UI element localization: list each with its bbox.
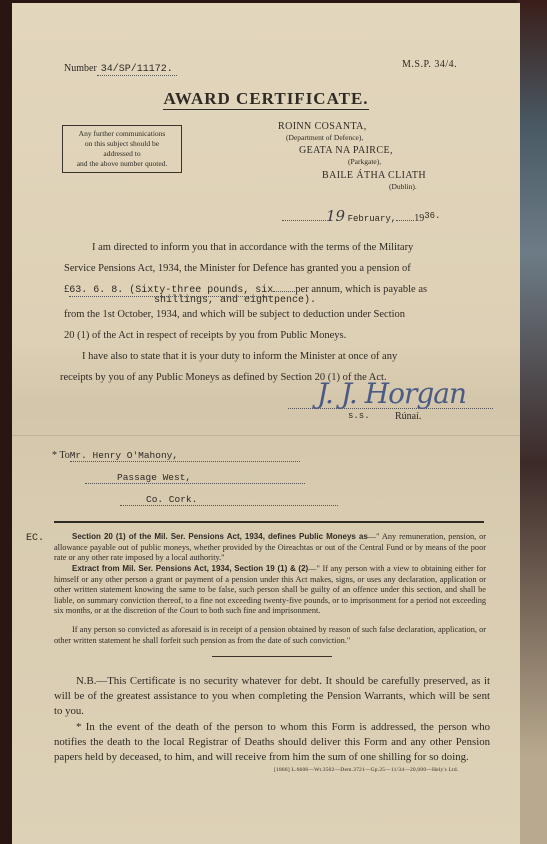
section-divider: [54, 521, 484, 523]
recipient-address1: Passage West,: [85, 472, 305, 484]
signature-title: Rúnaí.: [395, 411, 421, 422]
paragraph1-line2: Service Pensions Act, 1934, the Minister…: [64, 258, 484, 279]
number-value: 34/SP/11172.: [97, 64, 177, 76]
page-title: AWARD CERTIFICATE.: [12, 89, 520, 109]
recipient-address1-line: Passage West,: [85, 472, 305, 484]
date-month: February,: [348, 214, 397, 224]
date-year-suffix: 36.: [424, 211, 440, 221]
section-19-heading: Extract from Mil. Ser. Pensions Act, 193…: [72, 564, 308, 573]
recipient-address2: Co. Cork.: [120, 494, 338, 506]
department-english: (Department of Defence),: [286, 133, 363, 142]
paragraph1-line1: I am directed to inform you that in acco…: [92, 237, 482, 258]
paragraph2-line1: I have also to state that it is your dut…: [82, 346, 492, 367]
signature-ss: s.s.: [348, 411, 370, 421]
date-line: 19 February,1936.: [282, 207, 440, 225]
printer-code: [1866] L.6606—Wt.3502—Dem.3721—Gp.25—11/…: [274, 767, 458, 773]
section-20-text: Section 20 (1) of the Mil. Ser. Pensions…: [54, 532, 486, 564]
date-year-prefix: 19: [414, 213, 424, 224]
certificate-paper: Number34/SP/11172. M.S.P. 34/4. AWARD CE…: [12, 3, 520, 844]
photo-background-right: [517, 0, 547, 844]
signature: J. J. Horgan: [317, 377, 466, 410]
ec-mark: EC.: [26, 533, 44, 544]
gate-irish: GEATA NA PAIRCE,: [299, 145, 393, 156]
section-19-para2: If any person so convicted as aforesaid …: [54, 625, 486, 646]
city-irish: BAILE ÁTHA CLIATH: [322, 170, 426, 181]
department-irish: ROINN COSANTA,: [278, 121, 367, 132]
recipient-name-line: * ToMr. Henry O'Mahony,: [52, 450, 300, 462]
date-day: 19: [326, 207, 345, 225]
short-divider: [212, 656, 332, 657]
reference-number: Number34/SP/11172.: [64, 63, 177, 75]
notice-box: Any further communications on this subje…: [62, 125, 182, 173]
recipient-address2-line: Co. Cork.: [120, 494, 338, 506]
paragraph1-line5: 20 (1) of the Act in respect of receipts…: [64, 325, 474, 346]
number-label: Number: [64, 63, 97, 74]
city-english: (Dublin).: [389, 182, 417, 191]
recipient-name: Mr. Henry O'Mahony,: [70, 450, 300, 462]
nb-notice: N.B.—This Certificate is no security wha…: [54, 674, 490, 719]
gate-english: (Parkgate),: [348, 157, 381, 166]
paper-fold: [12, 435, 520, 436]
paragraph1-line4: from the 1st October, 1934, and which wi…: [64, 304, 484, 325]
death-notice: * In the event of the death of the perso…: [54, 720, 490, 765]
form-code: M.S.P. 34/4.: [402, 59, 457, 70]
section-19-text: Extract from Mil. Ser. Pensions Act, 193…: [54, 564, 486, 617]
section-20-heading: Section 20 (1) of the Mil. Ser. Pensions…: [72, 532, 368, 541]
